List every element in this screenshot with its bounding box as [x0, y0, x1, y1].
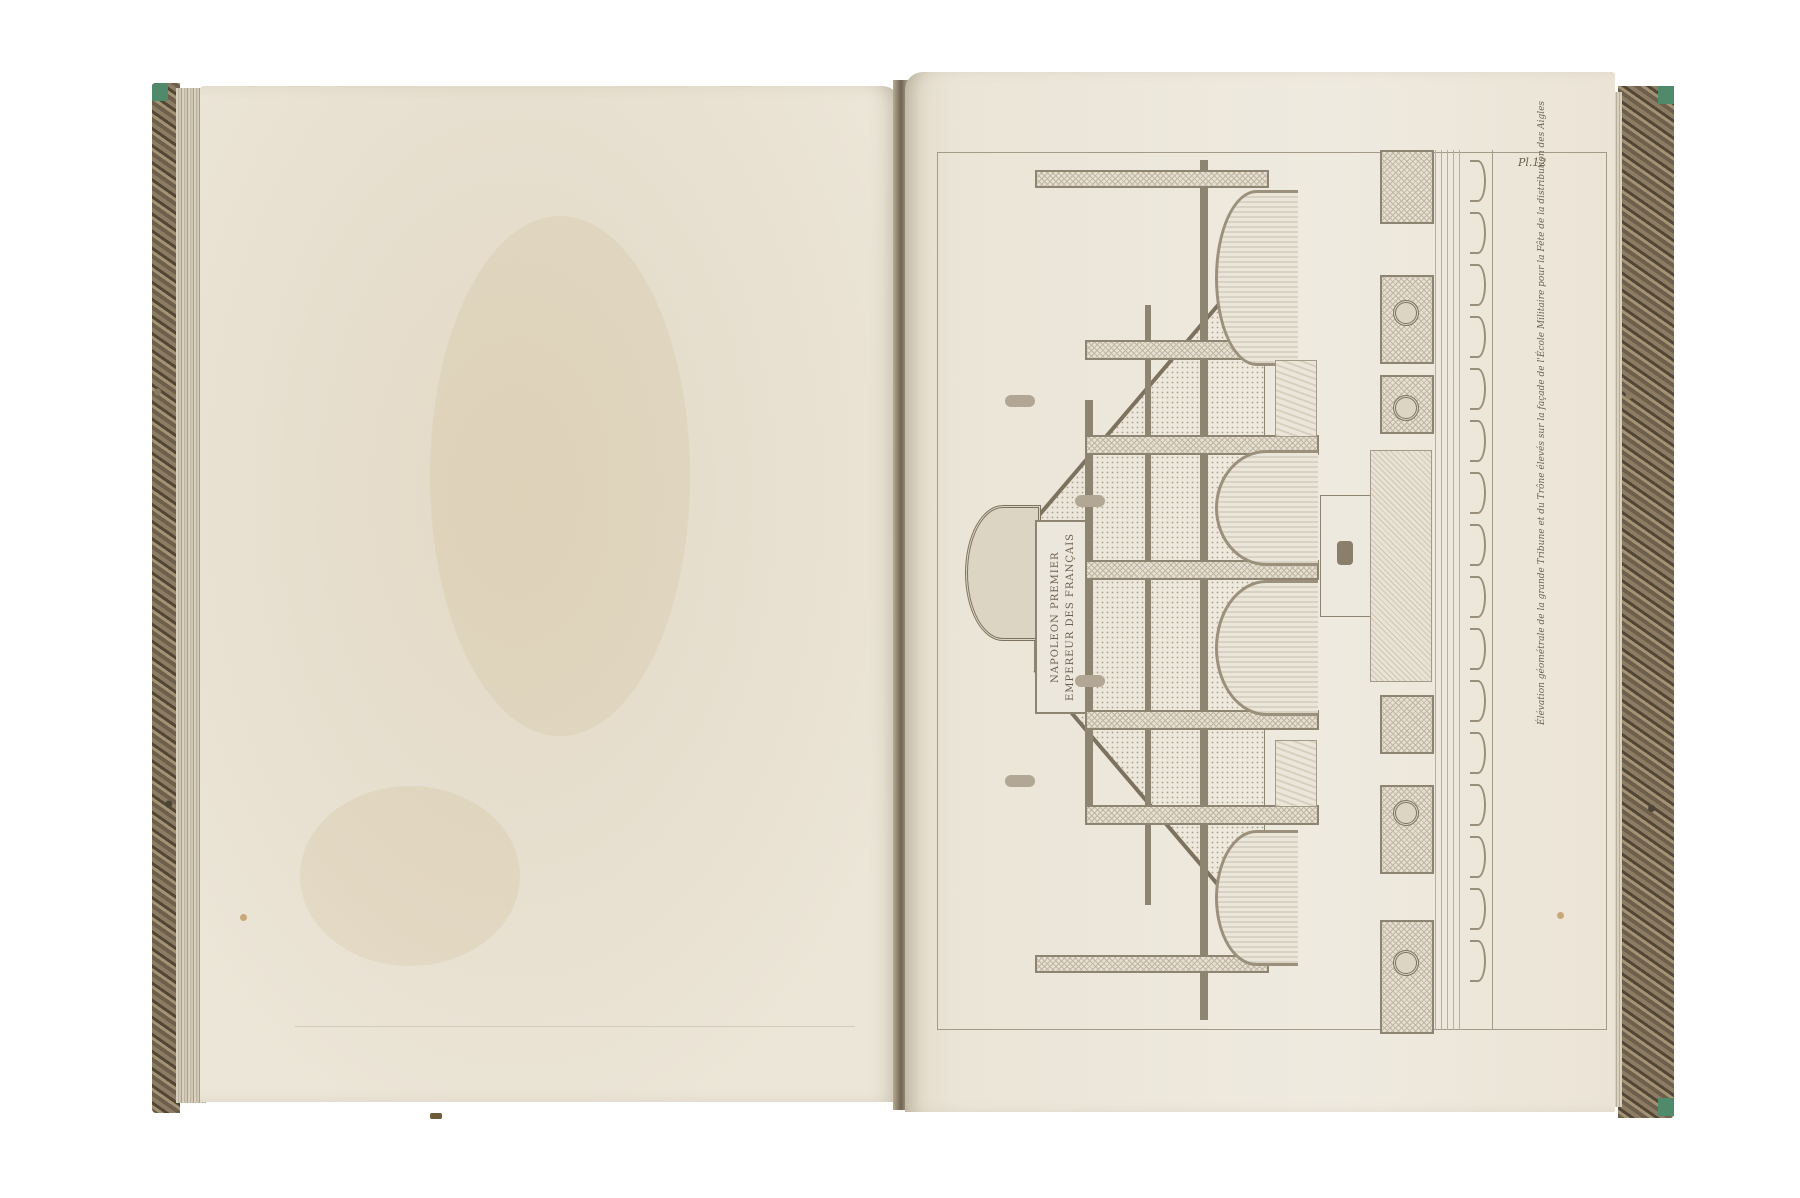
- plate-mark-line: [295, 1026, 855, 1027]
- fluted-band: [1435, 150, 1465, 1030]
- lattice-panel: [1380, 920, 1434, 1034]
- left-cover-corner: [152, 83, 168, 101]
- canopy-column: [1200, 160, 1208, 1020]
- throne-icon: [1337, 541, 1353, 565]
- border-rule: [1492, 150, 1493, 1030]
- statue-icon: [1075, 495, 1105, 507]
- draped-arch: [1215, 190, 1298, 366]
- draped-arch: [1215, 830, 1298, 966]
- left-page: [200, 86, 900, 1102]
- wreath-icon: [1393, 800, 1419, 826]
- bookmark-tab: [430, 1113, 442, 1119]
- swag-icon: [1470, 836, 1486, 878]
- trophy-beam: [1035, 955, 1269, 973]
- lattice-screen: [1370, 450, 1432, 682]
- canopy-column: [1085, 400, 1093, 810]
- inscription-line-2: EMPEREUR DES FRANÇAIS: [1065, 522, 1076, 712]
- foxing-stain: [300, 786, 520, 966]
- lattice-panel: [1380, 150, 1434, 224]
- swag-icon: [1470, 160, 1486, 202]
- draped-arch: [1215, 580, 1318, 716]
- swag-icon: [1470, 680, 1486, 722]
- swag-icon: [1470, 472, 1486, 514]
- foxing-spot: [240, 914, 247, 921]
- swag-icon: [1470, 940, 1486, 982]
- right-cover-corner-bottom: [1658, 1098, 1674, 1116]
- throne-alcove: [1320, 495, 1372, 617]
- swag-icon: [1470, 212, 1486, 254]
- foxing-stain: [430, 216, 690, 736]
- statue-icon: [1005, 775, 1035, 787]
- swag-icon: [1470, 524, 1486, 566]
- swag-icon: [1470, 784, 1486, 826]
- swag-icon: [1470, 888, 1486, 930]
- swag-icon: [1470, 576, 1486, 618]
- right-cover-board: [1618, 86, 1674, 1118]
- trophy-beam: [1035, 170, 1269, 188]
- swag-icon: [1470, 628, 1486, 670]
- trophy-beam: [1085, 805, 1319, 825]
- statue-icon: [1005, 395, 1035, 407]
- plate-caption: Élévation géométrale de la grande Tribun…: [1537, 425, 1547, 725]
- imperial-arms-icon: [965, 505, 1041, 641]
- wreath-icon: [1393, 300, 1419, 326]
- relief-panel: [1275, 360, 1317, 437]
- lattice-panel: [1380, 785, 1434, 874]
- swag-icon: [1470, 316, 1486, 358]
- relief-panel: [1275, 740, 1317, 807]
- swag-icon: [1470, 264, 1486, 306]
- wreath-icon: [1393, 395, 1419, 421]
- wreath-icon: [1393, 950, 1419, 976]
- swag-icon: [1470, 368, 1486, 410]
- draped-arch: [1215, 450, 1318, 566]
- engraving: NAPOLEON PREMIER EMPEREUR DES FRANÇAIS: [935, 150, 1495, 1030]
- inscription-line-1: NAPOLEON PREMIER: [1050, 522, 1061, 712]
- right-cover-corner: [1658, 86, 1674, 104]
- lattice-panel: [1380, 695, 1434, 754]
- statue-icon: [1075, 675, 1105, 687]
- swag-icon: [1470, 732, 1486, 774]
- swag-icon: [1470, 420, 1486, 462]
- garland-swags: [1470, 150, 1492, 1040]
